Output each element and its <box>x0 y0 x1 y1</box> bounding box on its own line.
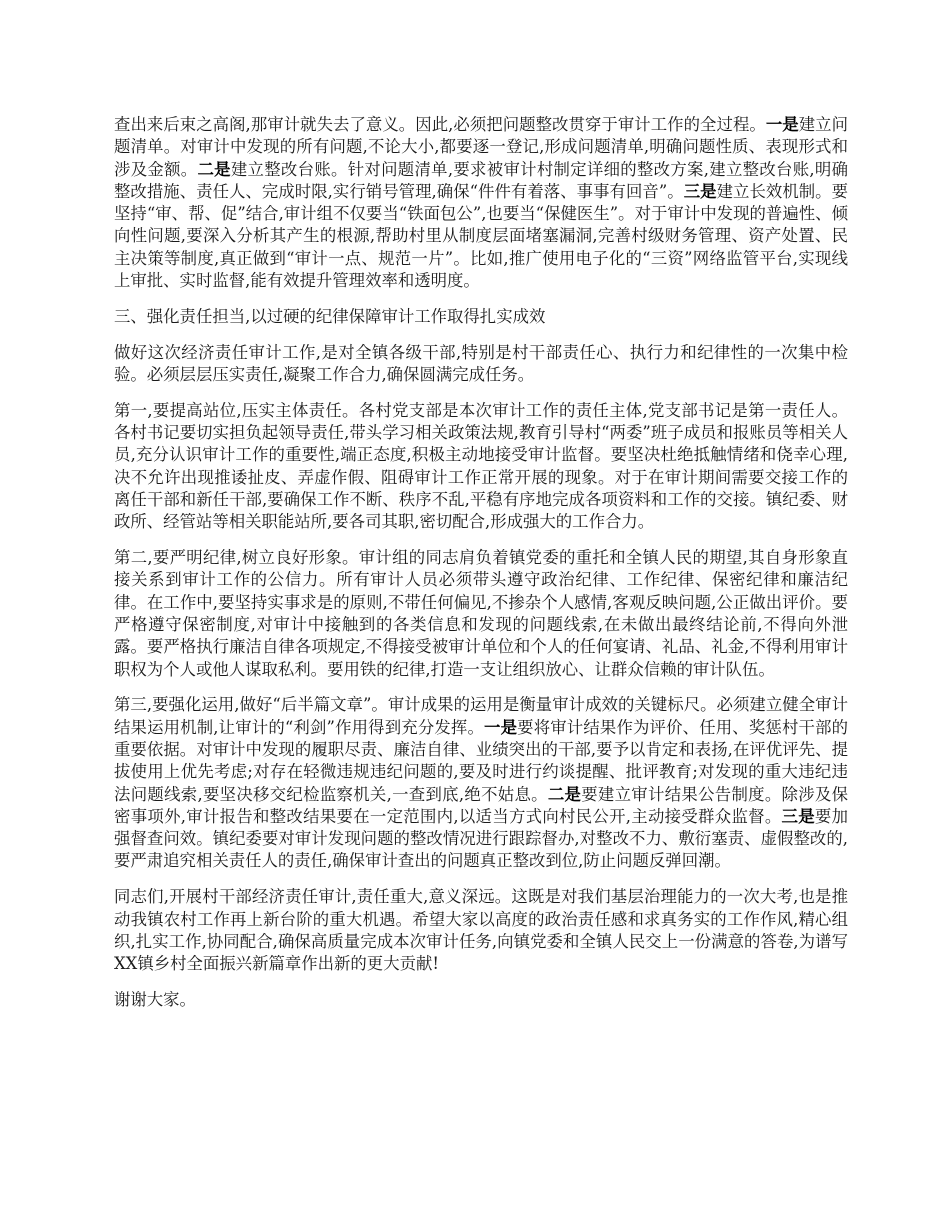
document-page: 查出来后束之高阁,那审计就失去了意义。因此,必须把问题整改贯穿于审计工作的全过程… <box>114 114 848 1025</box>
text-segment: 第二,要严明纪律,树立良好形象。审计组的同志肩负着镇党委的重托和全镇人民的期望,… <box>114 548 848 678</box>
text-segment: 第一,要提高站位,压实主体责任。各村党支部是本次审计工作的责任主体,党支部书记是… <box>114 401 848 531</box>
paragraph-thanks: 谢谢大家。 <box>114 989 848 1011</box>
bold-marker: 二是 <box>197 160 230 179</box>
bold-marker: 一是 <box>484 718 517 737</box>
text-segment: 同志们,开展村干部经济责任审计,责任重大,意义深远。这既是对我们基层治理能力的一… <box>114 887 848 973</box>
text-segment: 谢谢大家。 <box>114 990 196 1009</box>
bold-marker: 一是 <box>766 115 799 134</box>
heading-text: 三、强化责任担当,以过硬的纪律保障审计工作取得扎实成效 <box>114 307 545 326</box>
text-segment: 查出来后束之高阁,那审计就失去了意义。因此,必须把问题整改贯穿于审计工作的全过程… <box>114 115 766 134</box>
paragraph-intro-responsibility: 做好这次经济责任审计工作,是对全镇各级干部,特别是村干部责任心、执行力和纪律性的… <box>114 342 848 387</box>
text-segment: 做好这次经济责任审计工作,是对全镇各级干部,特别是村干部责任心、执行力和纪律性的… <box>114 343 848 384</box>
paragraph-closing-remarks: 同志们,开展村干部经济责任审计,责任重大,意义深远。这既是对我们基层治理能力的一… <box>114 886 848 975</box>
paragraph-third-point: 第三,要强化运用,做好“后半篇文章”。审计成果的运用是衡量审计成效的关键标尺。必… <box>114 694 848 872</box>
bold-marker: 三是 <box>782 807 815 826</box>
paragraph-first-point: 第一,要提高站位,压实主体责任。各村党支部是本次审计工作的责任主体,党支部书记是… <box>114 400 848 534</box>
paragraph-problem-rectification: 查出来后束之高阁,那审计就失去了意义。因此,必须把问题整改贯穿于审计工作的全过程… <box>114 114 848 292</box>
bold-marker: 三是 <box>684 182 717 201</box>
section-heading-three: 三、强化责任担当,以过硬的纪律保障审计工作取得扎实成效 <box>114 306 848 328</box>
bold-marker: 二是 <box>548 785 581 804</box>
paragraph-second-point: 第二,要严明纪律,树立良好形象。审计组的同志肩负着镇党委的重托和全镇人民的期望,… <box>114 547 848 681</box>
